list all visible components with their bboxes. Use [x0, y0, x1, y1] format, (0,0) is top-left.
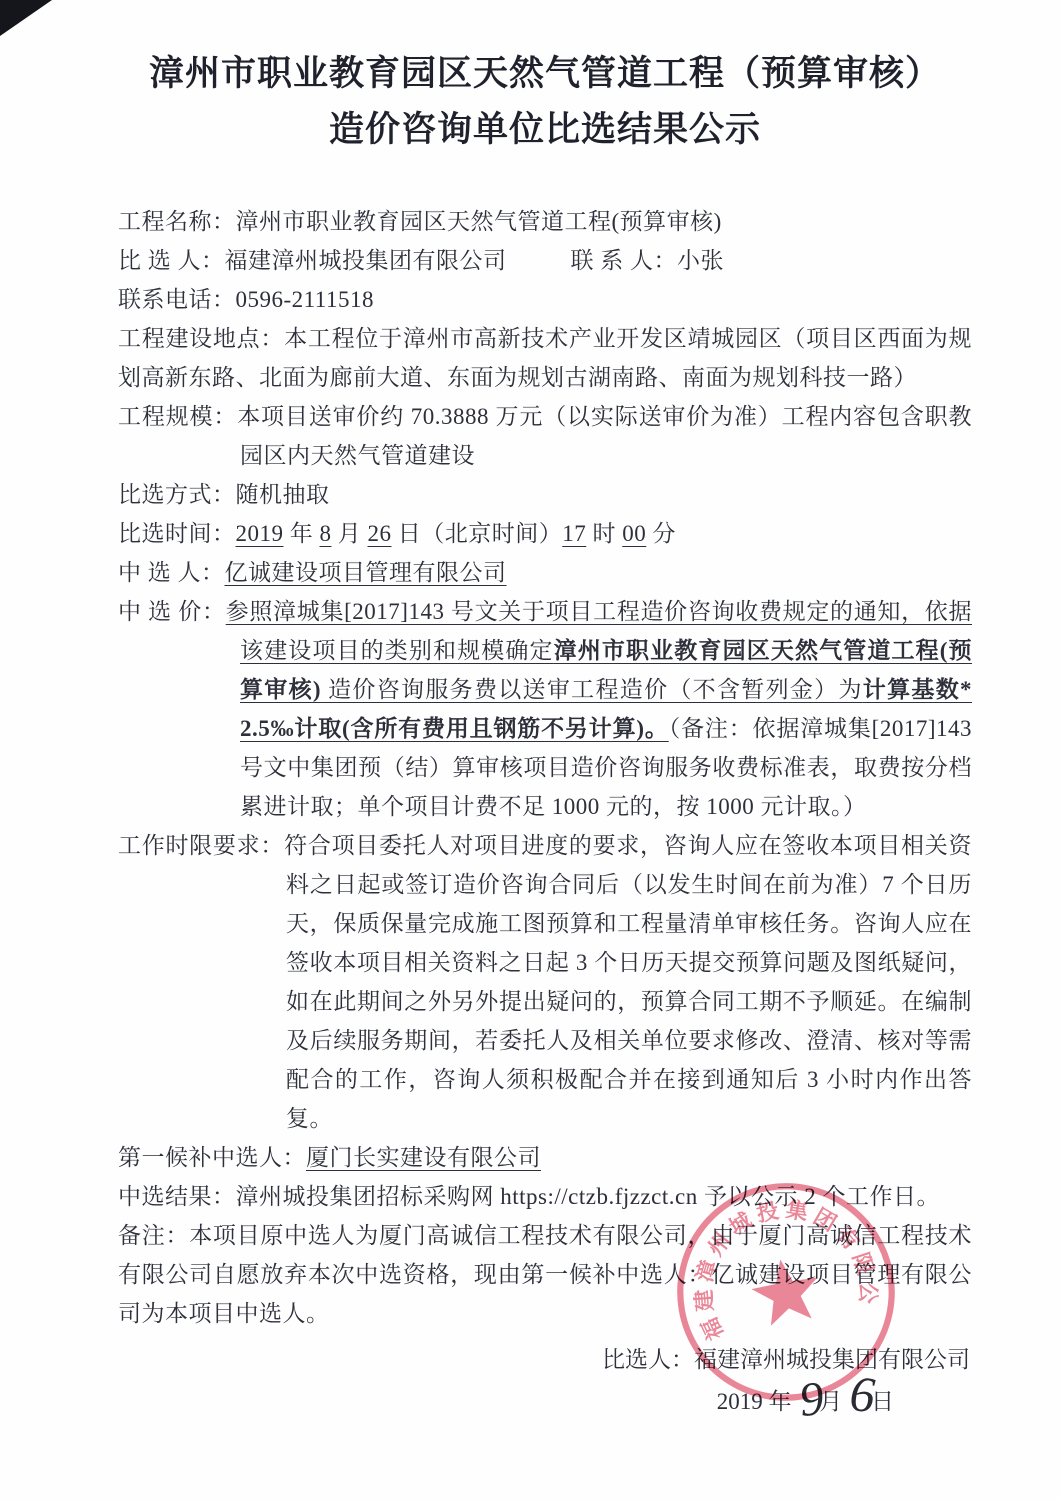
time-hour: 17 [562, 521, 586, 546]
time-label: 比选时间： [118, 521, 236, 546]
scale-value: 本项目送审价约 70.3888 万元（以实际送审价为准）工程内容包含职教园区内天… [237, 404, 972, 468]
field-project-name: 工程名称：漳州市职业教育园区天然气管道工程(预算审核) [118, 202, 972, 241]
signature-line: 比选人：福建漳州城投集团有限公司 [118, 1339, 970, 1381]
field-remark: 备注：本项目原中选人为厦门高诚信工程技术有限公司，由于厦门高诚信工程技术有限公司… [118, 1216, 972, 1333]
project-name-label: 工程名称： [118, 209, 236, 234]
winner-label: 中 选 人： [118, 560, 225, 585]
time-minute: 00 [622, 521, 646, 546]
document-body: 漳州市职业教育园区天然气管道工程（预算审核） 造价咨询单位比选结果公示 工程名称… [0, 0, 1060, 1423]
first-alternate-label: 第一候补中选人： [118, 1145, 306, 1170]
time-sep: 时 [586, 521, 622, 546]
result-label: 中选结果： [118, 1184, 236, 1209]
time-sep: 分 [646, 521, 676, 546]
title-line-2: 造价咨询单位比选结果公示 [118, 102, 972, 158]
contact-label: 联 系 人： [571, 248, 678, 273]
field-phone: 联系电话：0596-2111518 [118, 280, 972, 319]
method-value: 随机抽取 [236, 482, 330, 507]
winner-value: 亿诚建设项目管理有限公司 [225, 560, 507, 585]
price-fee-segment: 造价咨询服务费以送审工程造价（不含暂列金）为 [321, 677, 863, 702]
phone-value: 0596-2111518 [236, 287, 374, 312]
field-method: 比选方式：随机抽取 [118, 475, 972, 514]
field-time: 比选时间：2019 年 8 月 26 日（北京时间）17 时 00 分 [118, 514, 972, 553]
field-selector-contact: 比 选 人：福建漳州城投集团有限公司联 系 人：小张 [118, 241, 972, 280]
location-label: 工程建设地点： [118, 326, 284, 351]
first-alternate-value: 厦门长实建设有限公司 [306, 1145, 541, 1170]
phone-label: 联系电话： [118, 287, 236, 312]
handwritten-month: 9 [799, 1389, 825, 1411]
date-year: 2019 年 [717, 1389, 792, 1414]
selector-value: 福建漳州城投集团有限公司 [225, 248, 507, 273]
field-first-alternate: 第一候补中选人：厦门长实建设有限公司 [118, 1138, 972, 1177]
time-year: 2019 [236, 521, 284, 546]
remark-label: 备注： [118, 1223, 189, 1248]
scale-label: 工程规模： [118, 404, 237, 429]
time-sep: 日（北京时间） [392, 521, 563, 546]
time-month: 8 [320, 521, 332, 546]
scanned-announcement-page: 漳州市职业教育园区天然气管道工程（预算审核） 造价咨询单位比选结果公示 工程名称… [0, 0, 1060, 1500]
field-winner: 中 选 人：亿诚建设项目管理有限公司 [118, 553, 972, 592]
contact-value: 小张 [677, 248, 724, 273]
deadline-label: 工作时限要求： [118, 833, 284, 858]
title-line-1: 漳州市职业教育园区天然气管道工程（预算审核） [118, 46, 972, 102]
signature-block: 比选人：福建漳州城投集团有限公司 2019 年 9月 6日 [118, 1339, 972, 1423]
remark-value: 本项目原中选人为厦门高诚信工程技术有限公司，由于厦门高诚信工程技术有限公司自愿放… [118, 1223, 972, 1326]
signature-date: 2019 年 9月 6日 [118, 1381, 970, 1423]
project-name-value: 漳州市职业教育园区天然气管道工程(预算审核) [236, 209, 722, 234]
field-scale: 工程规模：本项目送审价约 70.3888 万元（以实际送审价为准）工程内容包含职… [118, 397, 972, 475]
time-sep: 月 [332, 521, 368, 546]
time-sep: 年 [284, 521, 320, 546]
field-result: 中选结果：漳州城投集团招标采购网 https://ctzb.fjzzct.cn … [118, 1177, 972, 1216]
field-price: 中 选 价：参照漳城集[2017]143 号文关于项目工程造价咨询收费规定的通知… [118, 592, 972, 826]
method-label: 比选方式： [118, 482, 236, 507]
selector-label: 比 选 人： [118, 248, 225, 273]
field-location: 工程建设地点：本工程位于漳州市高新技术产业开发区靖城园区（项目区西面为规划高新东… [118, 319, 972, 397]
result-value: 漳州城投集团招标采购网 https://ctzb.fjzzct.cn 予以公示 … [236, 1184, 940, 1209]
price-label: 中 选 价： [118, 599, 226, 624]
handwritten-day: 6 [849, 1383, 875, 1405]
field-deadline: 工作时限要求：符合项目委托人对项目进度的要求，咨询人应在签收本项目相关资料之日起… [118, 826, 972, 1138]
time-day: 26 [368, 521, 392, 546]
deadline-value: 符合项目委托人对项目进度的要求，咨询人应在签收本项目相关资料之日起或签订造价咨询… [284, 833, 972, 1131]
page-title: 漳州市职业教育园区天然气管道工程（预算审核） 造价咨询单位比选结果公示 [118, 46, 972, 158]
